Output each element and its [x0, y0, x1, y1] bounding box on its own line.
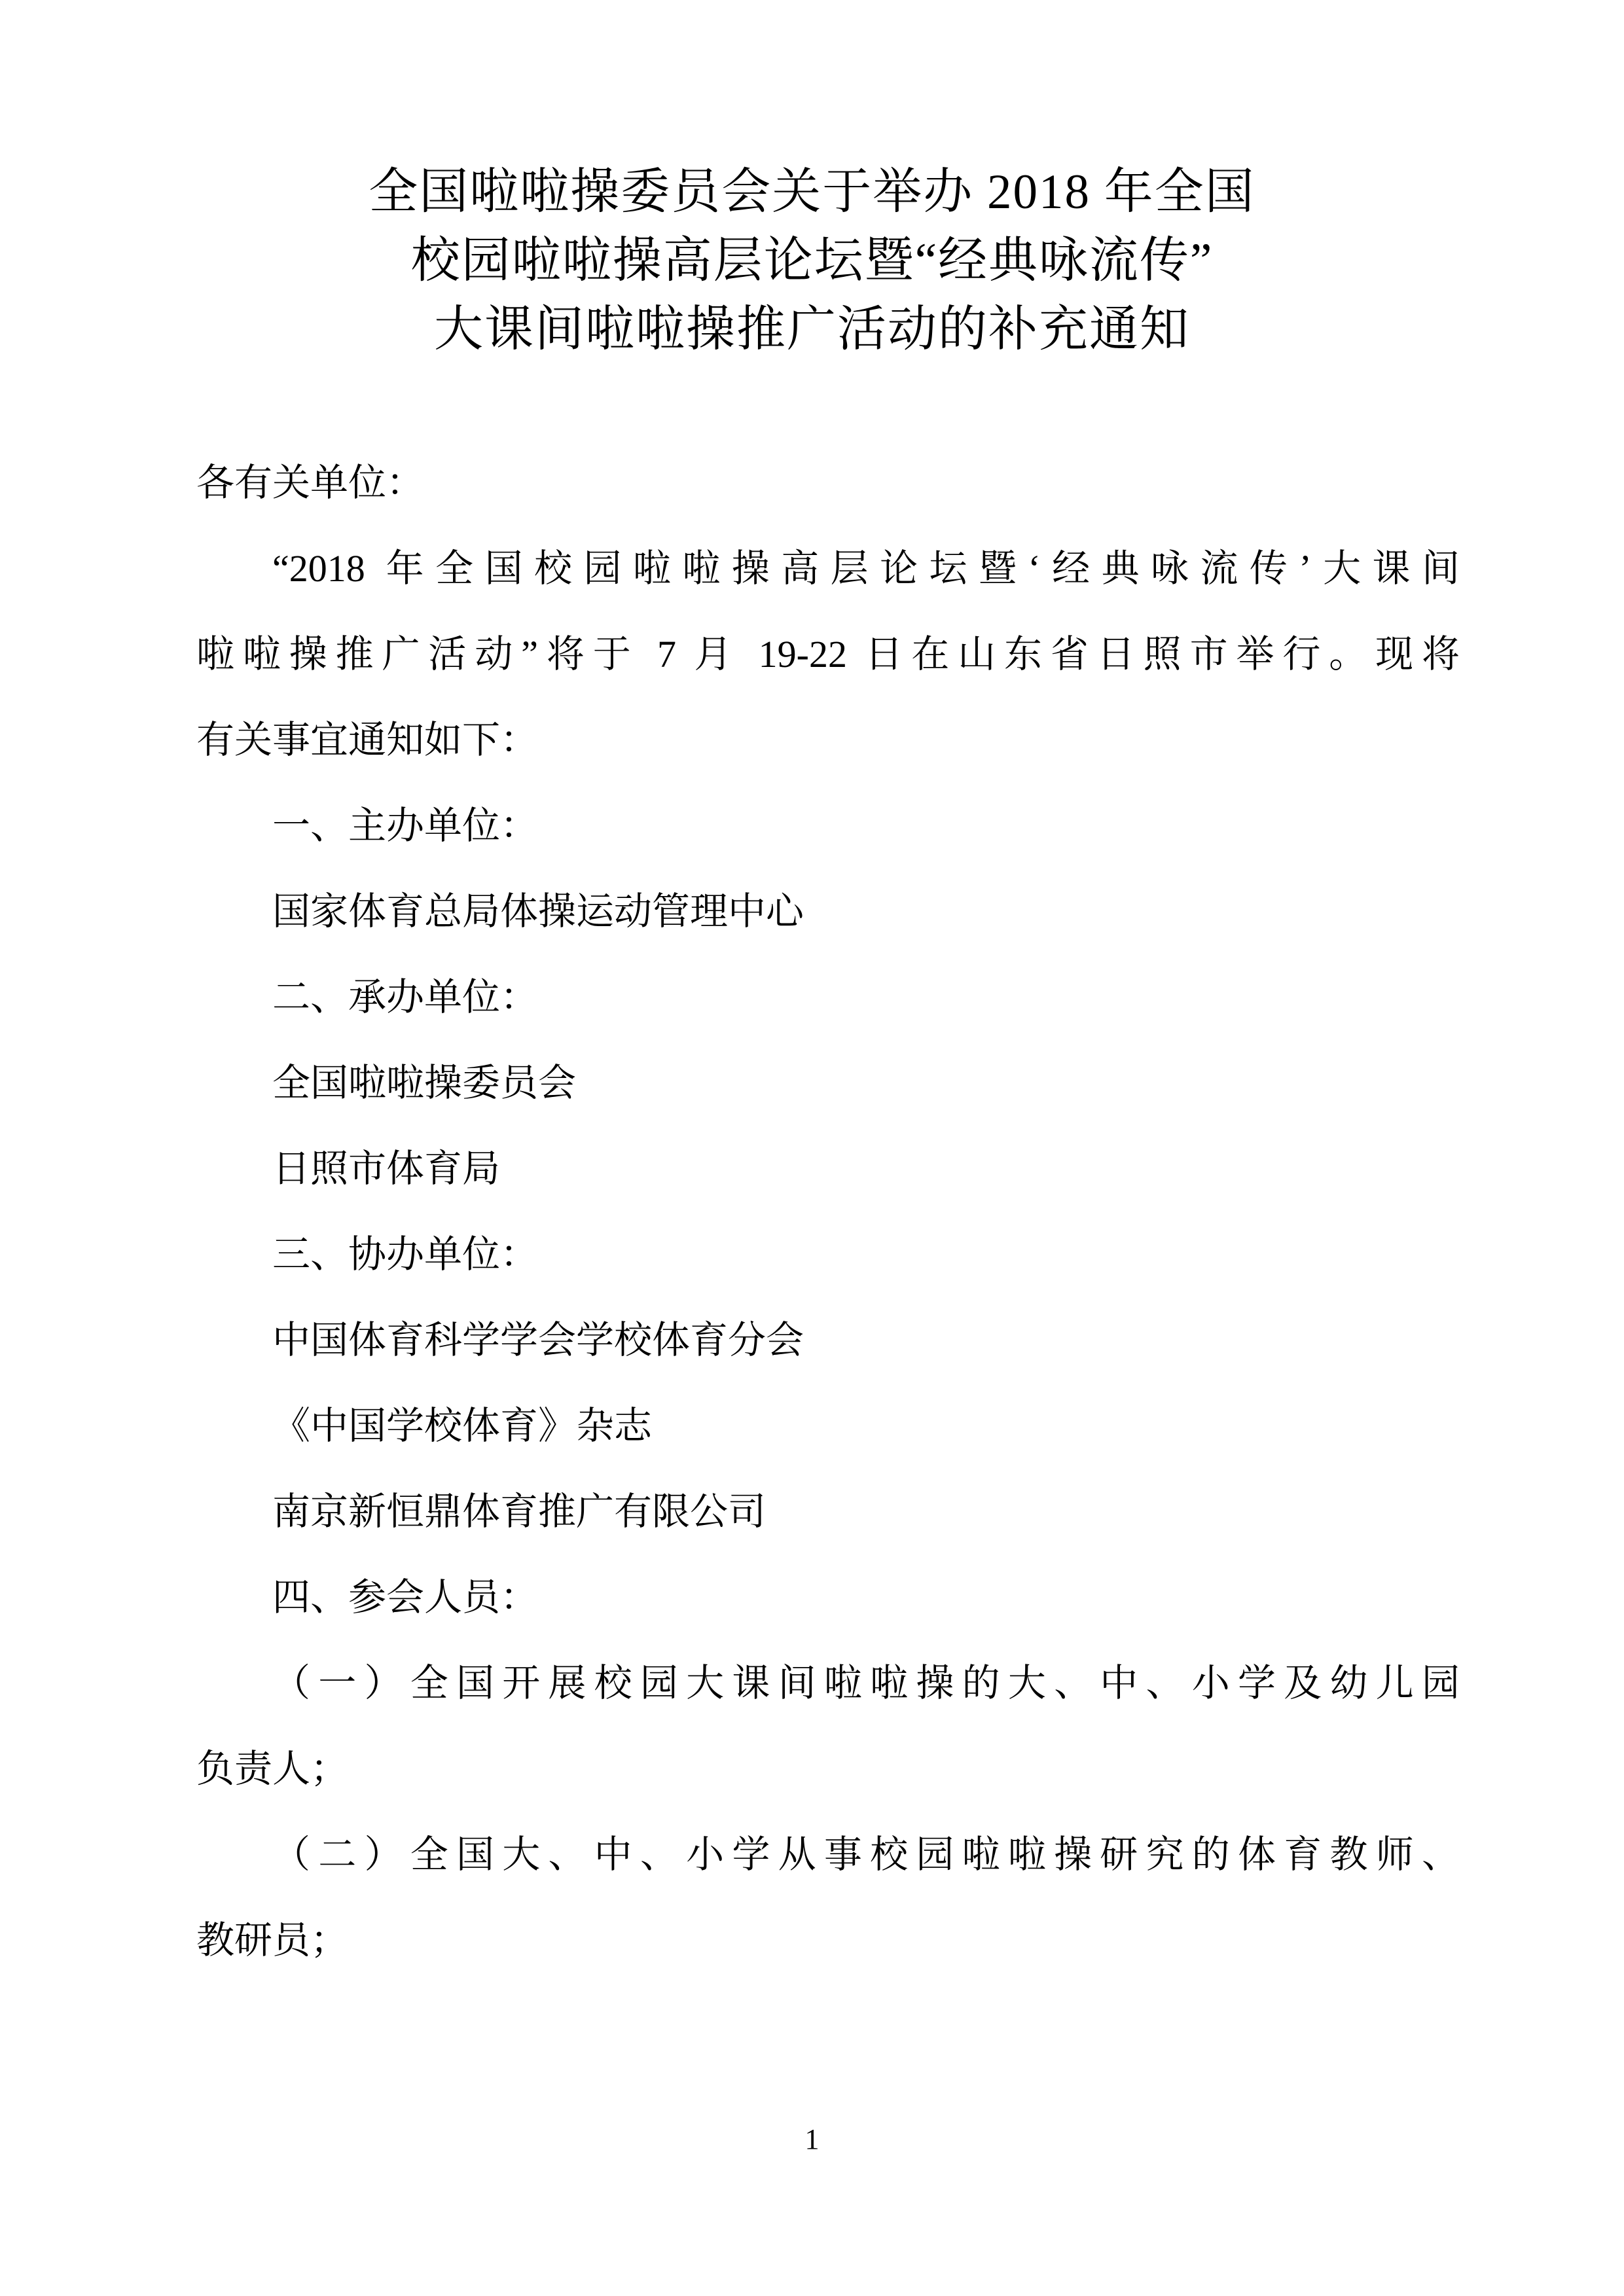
body-line: 国家体育总局体操运动管理中心 — [196, 869, 1460, 954]
title-line: 全国啦啦操委员会关于举办 2018 年全国 — [0, 158, 1624, 226]
body-line: 啦啦操推广活动”将于 7 月 19-22 日在山东省日照市举行。现将 — [196, 611, 1460, 697]
body-line: （二）全国大、中、小学从事校园啦啦操研究的体育教师、 — [196, 1812, 1460, 1897]
body-line-section-1-heading: 一、主办单位： — [196, 783, 1460, 869]
body-line: 全国啦啦操委员会 — [196, 1040, 1460, 1126]
title-line: 大课间啦啦操推广活动的补充通知 — [0, 295, 1624, 364]
body-line-section-4-heading: 四、参会人员： — [196, 1554, 1460, 1640]
body-line: 中国体育科学学会学校体育分会 — [196, 1297, 1460, 1383]
document-page: 全国啦啦操委员会关于举办 2018 年全国 校园啦啦操高层论坛暨“经典咏流传” … — [0, 0, 1624, 2296]
body-line: 《中国学校体育》杂志 — [196, 1383, 1460, 1469]
body-line: 有关事宜通知如下： — [196, 697, 1460, 783]
title-line: 校园啦啦操高层论坛暨“经典咏流传” — [0, 226, 1624, 295]
body-line: 教研员； — [196, 1897, 1460, 1983]
body-line: （一）全国开展校园大课间啦啦操的大、中、小学及幼儿园 — [196, 1640, 1460, 1726]
body-line: 南京新恒鼎体育推广有限公司 — [196, 1469, 1460, 1554]
page-number: 1 — [0, 2125, 1624, 2154]
body-line: 日照市体育局 — [196, 1126, 1460, 1211]
body-line: “2018 年全国校园啦啦操高层论坛暨‘经典咏流传’大课间 — [196, 526, 1460, 611]
document-title: 全国啦啦操委员会关于举办 2018 年全国 校园啦啦操高层论坛暨“经典咏流传” … — [0, 158, 1624, 364]
body-line-salutation: 各有关单位： — [196, 440, 1460, 526]
body-line-section-2-heading: 二、承办单位： — [196, 954, 1460, 1040]
body-line-section-3-heading: 三、协办单位： — [196, 1211, 1460, 1297]
document-body: 各有关单位： “2018 年全国校园啦啦操高层论坛暨‘经典咏流传’大课间 啦啦操… — [196, 440, 1460, 1983]
body-line: 负责人； — [196, 1726, 1460, 1812]
